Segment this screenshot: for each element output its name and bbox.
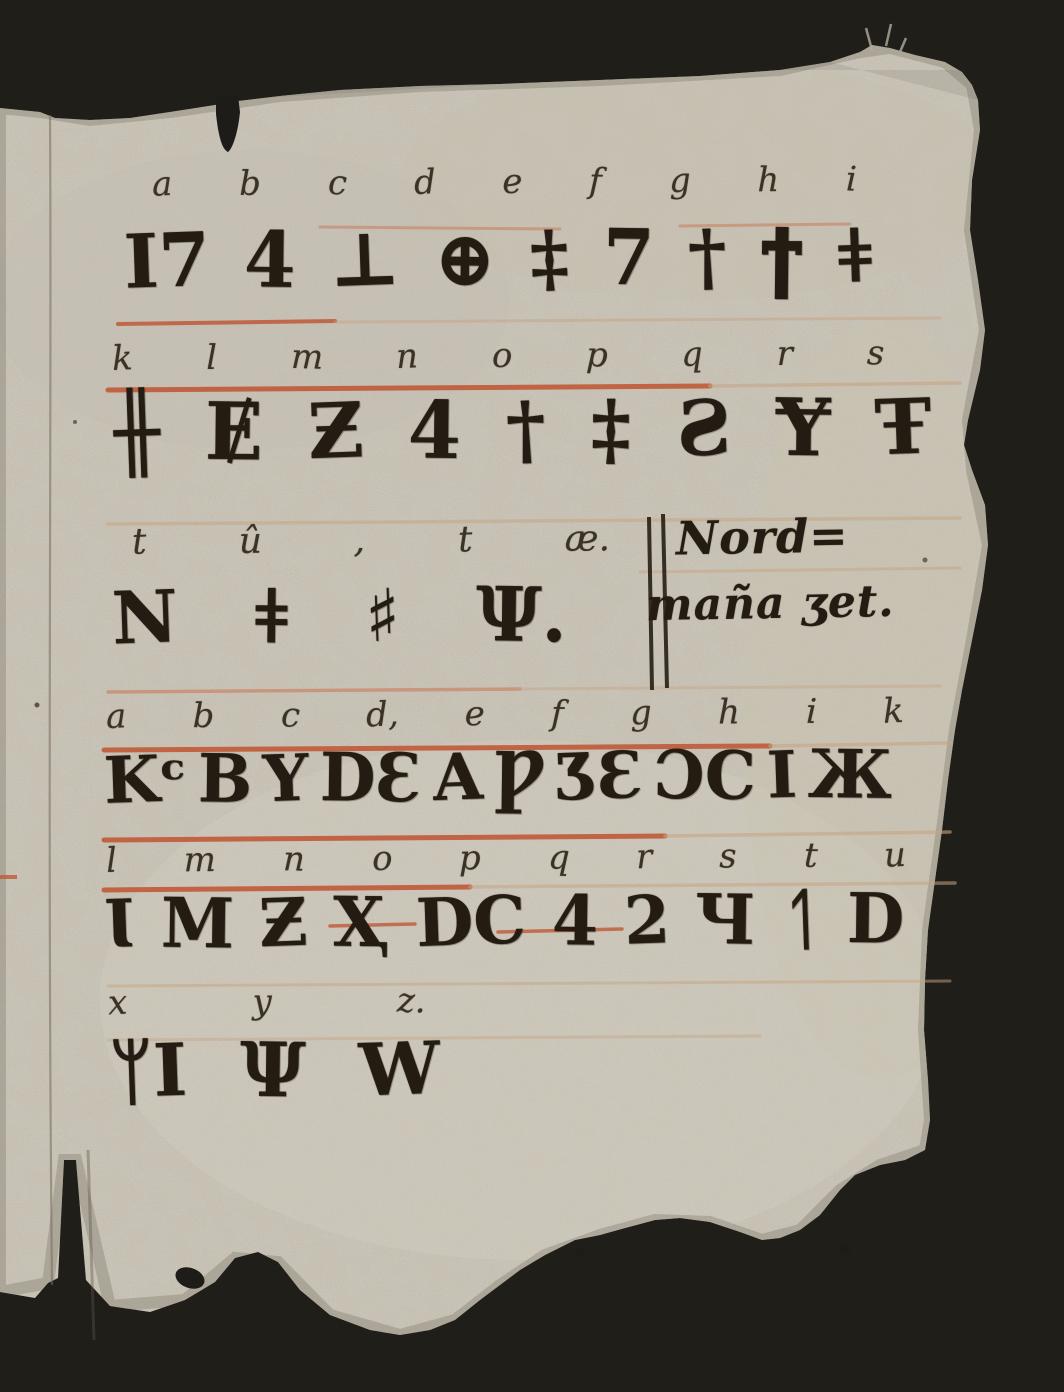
parchment-artwork: [0, 0, 1064, 1392]
manuscript-scan: abcdefghi I74⊥⊕‡7†ϯǂ klmnopqrs ╫ɆƵ4†‡ƧɎŦ…: [0, 0, 1064, 1392]
